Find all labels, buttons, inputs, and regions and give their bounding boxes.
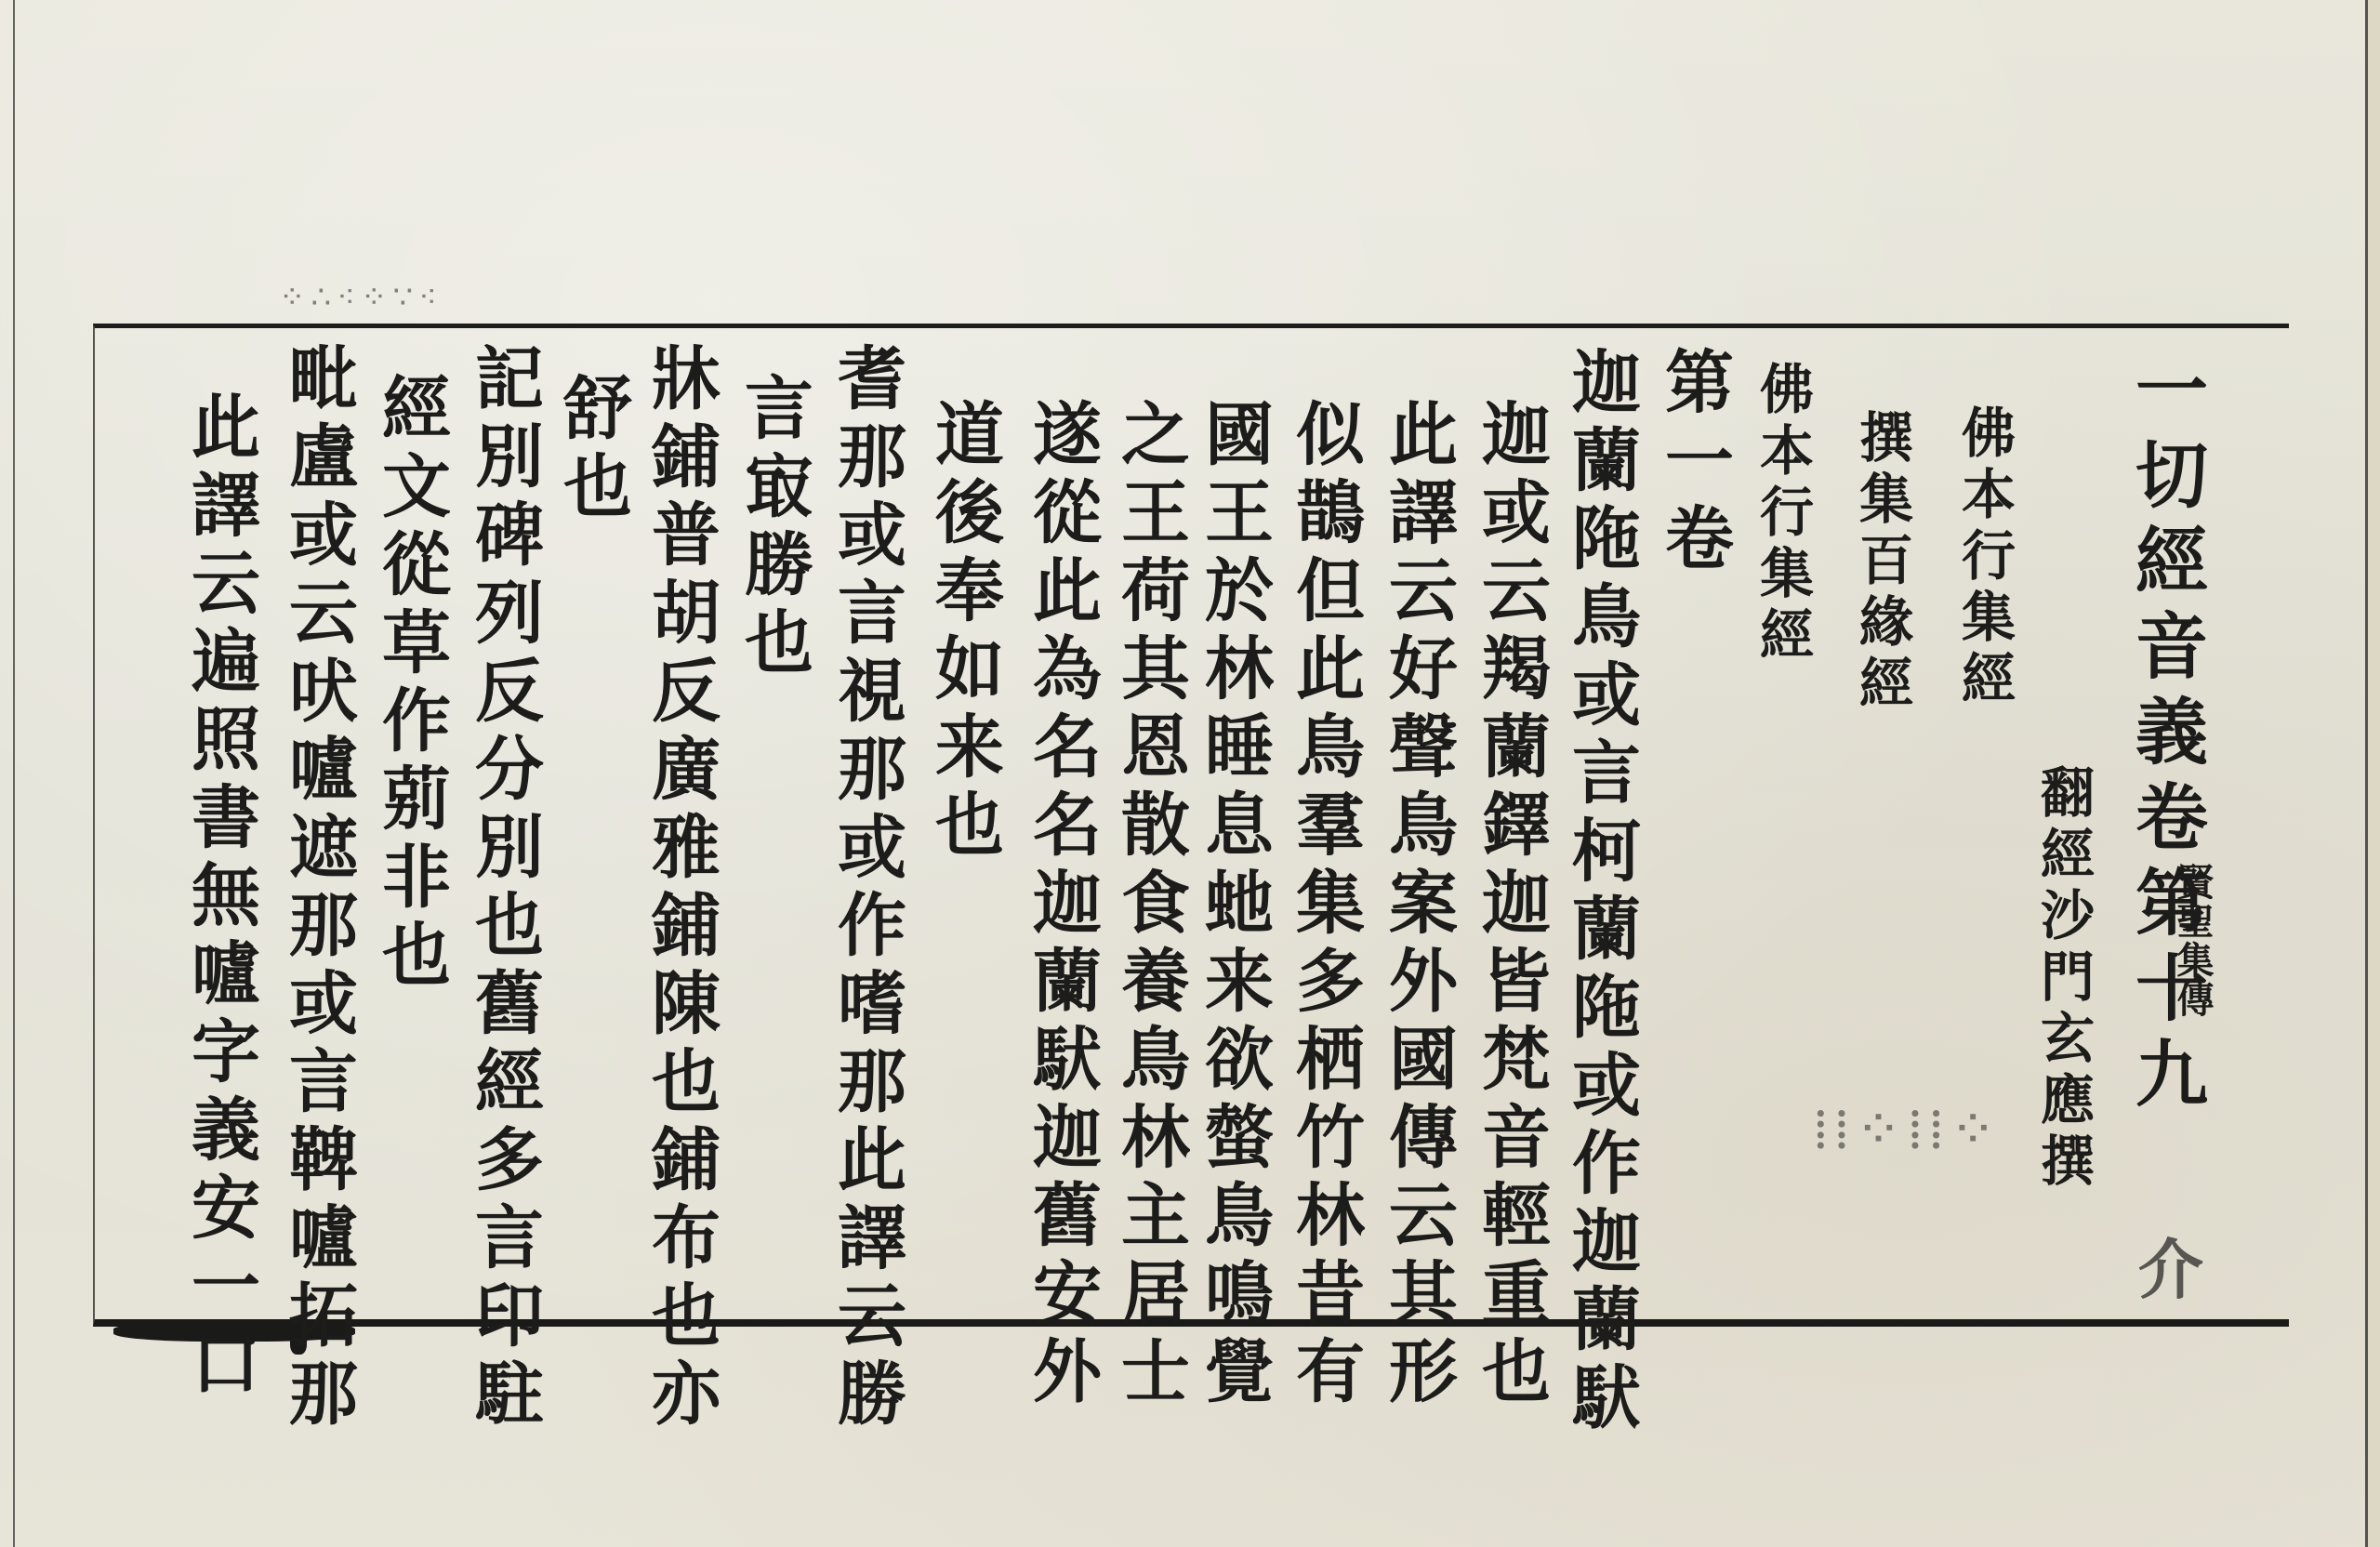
body-column-16: 此譯云遍照書無嚧字義安一口: [186, 390, 255, 1406]
body-column-9: 耆那或言視那或作嗜那此譯云勝: [832, 342, 901, 1435]
body-column-10: 言㝡勝也: [739, 372, 808, 684]
body-column-5: 國王於林睡息虵来欲螫鳥鳴覺: [1199, 398, 1268, 1413]
top-ink-smudge: ⁘∴⁖⁘∵⁖: [279, 279, 443, 316]
right-paper-margin: [2368, 0, 2380, 1547]
body-column-7: 遂從此為名名迦蘭䭾迦舊安外: [1027, 398, 1096, 1413]
body-column-4: 似鵲但此鳥羣集多栖竹林昔有: [1290, 398, 1359, 1413]
body-column-2: 迦或云羯蘭鐸迦皆梵音輕重也: [1476, 398, 1545, 1413]
sutra-title-2: 撰集百緣經: [1855, 409, 1909, 716]
body-column-14: 經文從草作莂非也: [377, 372, 445, 997]
body-column-3: 此譯云好聲鳥案外國傳云其形: [1383, 398, 1452, 1413]
page-marker-glyph: 介: [2138, 1218, 2203, 1312]
left-page-edge: [13, 0, 15, 1547]
body-column-1: 迦蘭陁鳥或言柯蘭陁或作迦蘭䭾: [1567, 346, 1635, 1439]
sutra-title-1: 佛本行集經: [1957, 404, 2011, 711]
body-column-8: 道後奉如来也: [930, 398, 998, 866]
body-column-13: 記別碑列反分別也舊經多言印駐: [469, 342, 538, 1435]
body-column-11: 牀鋪普胡反廣雅鋪陳也鋪布也亦: [646, 342, 715, 1435]
chapter-heading: 第一卷: [1659, 346, 1728, 580]
volume-subnote: 賢聖集傳: [2174, 863, 2211, 1019]
sutra-title-3: 佛本行集經: [1755, 361, 1809, 668]
body-column-6: 之王荷其恩散食養鳥林主居士: [1116, 398, 1184, 1413]
body-column-15: 毗盧或云吠嚧遮那或言鞞嚧拓那: [284, 342, 352, 1435]
body-column-12: 舒也: [558, 372, 627, 528]
author-line: 翻經沙門玄應撰: [2036, 764, 2090, 1194]
scanned-page: ⁘∴⁖⁘∵⁖ ⁞⁞⁘⁞⁞⁘ 一切經音義卷第十九 賢聖集傳 翻經沙門玄應撰 佛本行…: [0, 0, 2380, 1547]
